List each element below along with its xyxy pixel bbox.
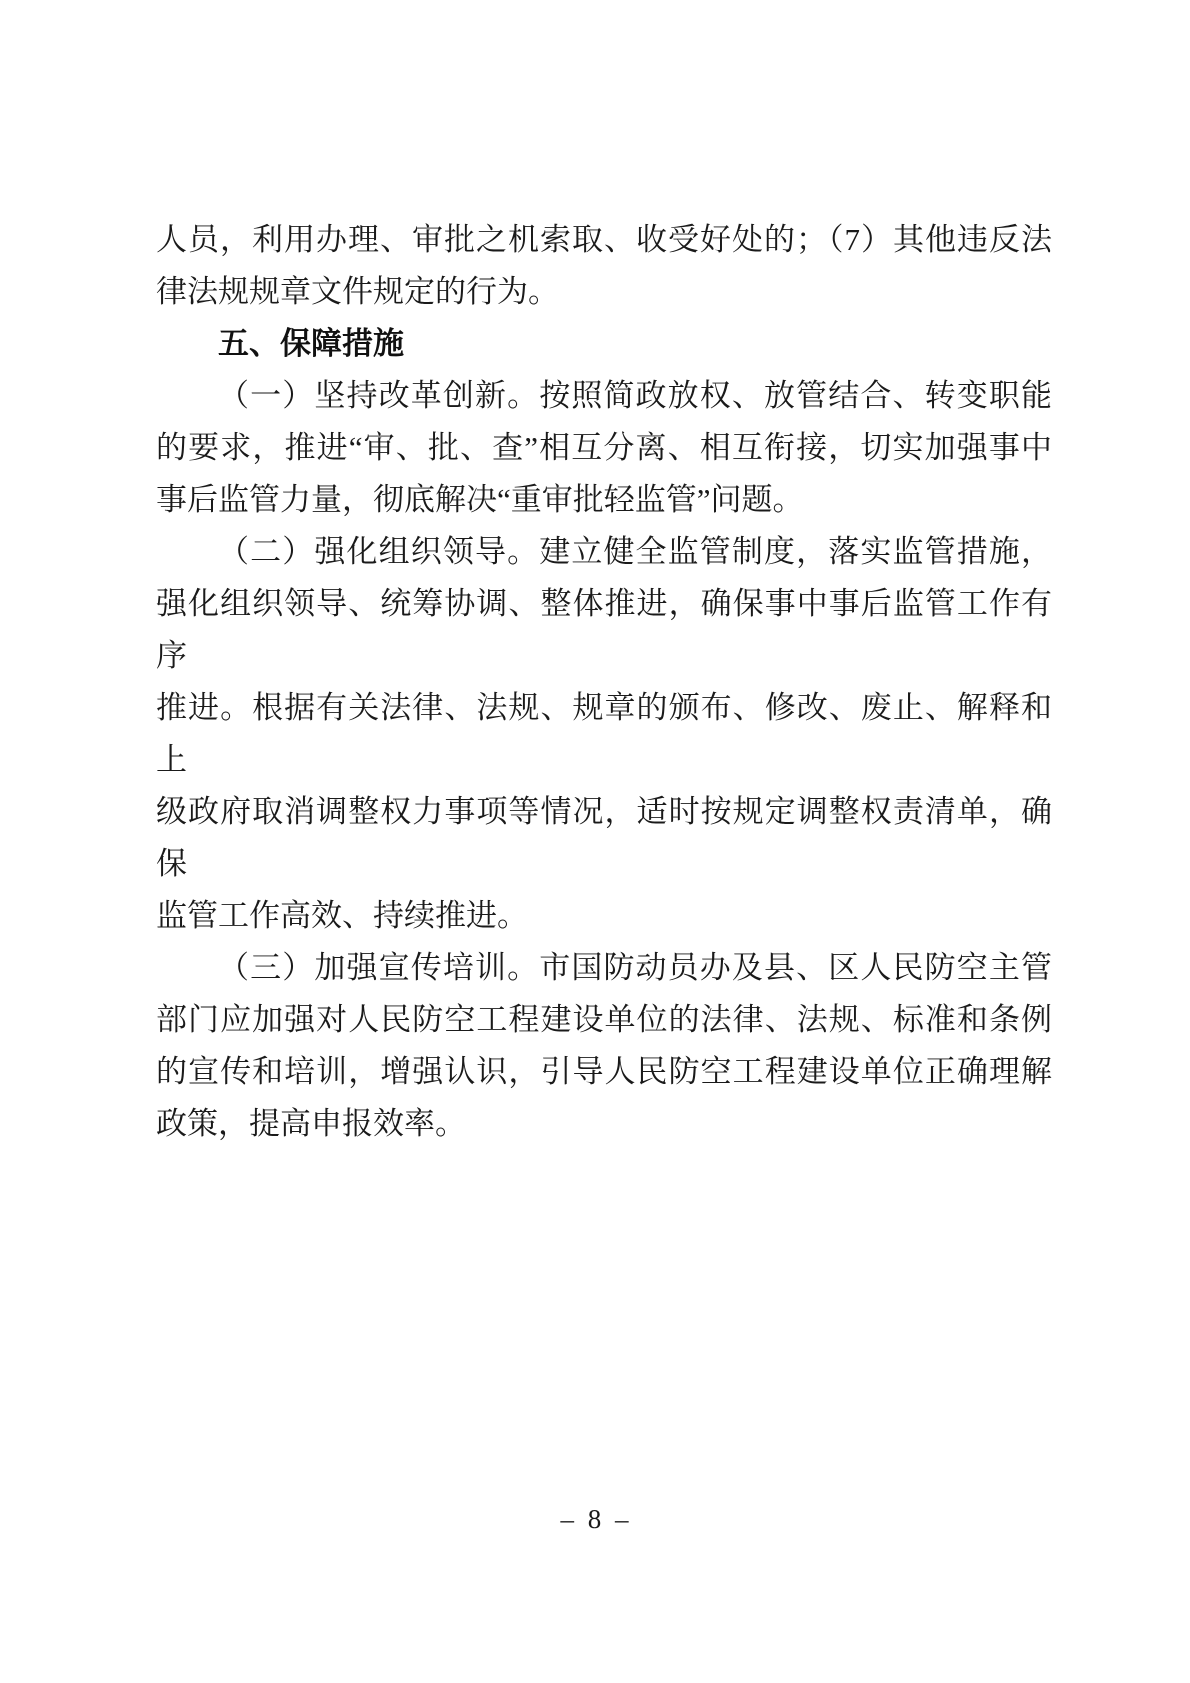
text-line: 事后监管力量，彻底解决“重审批轻监管”问题。 [156,474,1052,526]
document-page: 人员，利用办理、审批之机索取、收受好处的；（7）其他违反法 律法规规章文件规定的… [0,0,1190,1683]
document-body: 人员，利用办理、审批之机索取、收受好处的；（7）其他违反法 律法规规章文件规定的… [156,214,1052,1150]
text-line: 部门应加强对人民防空工程建设单位的法律、法规、标准和条例 [156,994,1052,1046]
text-line: （三）加强宣传培训。市国防动员办及县、区人民防空主管 [156,942,1052,994]
section-heading: 五、保障措施 [156,318,1052,370]
text-line: （一）坚持改革创新。按照简政放权、放管结合、转变职能 [156,370,1052,422]
text-line: 监管工作高效、持续推进。 [156,890,1052,942]
text-line: 律法规规章文件规定的行为。 [156,266,1052,318]
page-number: – 8 – [561,1504,630,1534]
text-line: 的要求，推进“审、批、查”相互分离、相互衔接，切实加强事中 [156,422,1052,474]
text-line: 人员，利用办理、审批之机索取、收受好处的；（7）其他违反法 [156,214,1052,266]
text-line: 政策，提高申报效率。 [156,1098,1052,1150]
text-line: 的宣传和培训，增强认识，引导人民防空工程建设单位正确理解 [156,1046,1052,1098]
text-line: 级政府取消调整权力事项等情况，适时按规定调整权责清单，确保 [156,786,1052,890]
text-line: （二）强化组织领导。建立健全监管制度，落实监管措施， [156,526,1052,578]
text-line: 推进。根据有关法律、法规、规章的颁布、修改、废止、解释和上 [156,682,1052,786]
text-line: 强化组织领导、统筹协调、整体推进，确保事中事后监管工作有序 [156,578,1052,682]
page-footer: – 8 – [0,1504,1190,1535]
